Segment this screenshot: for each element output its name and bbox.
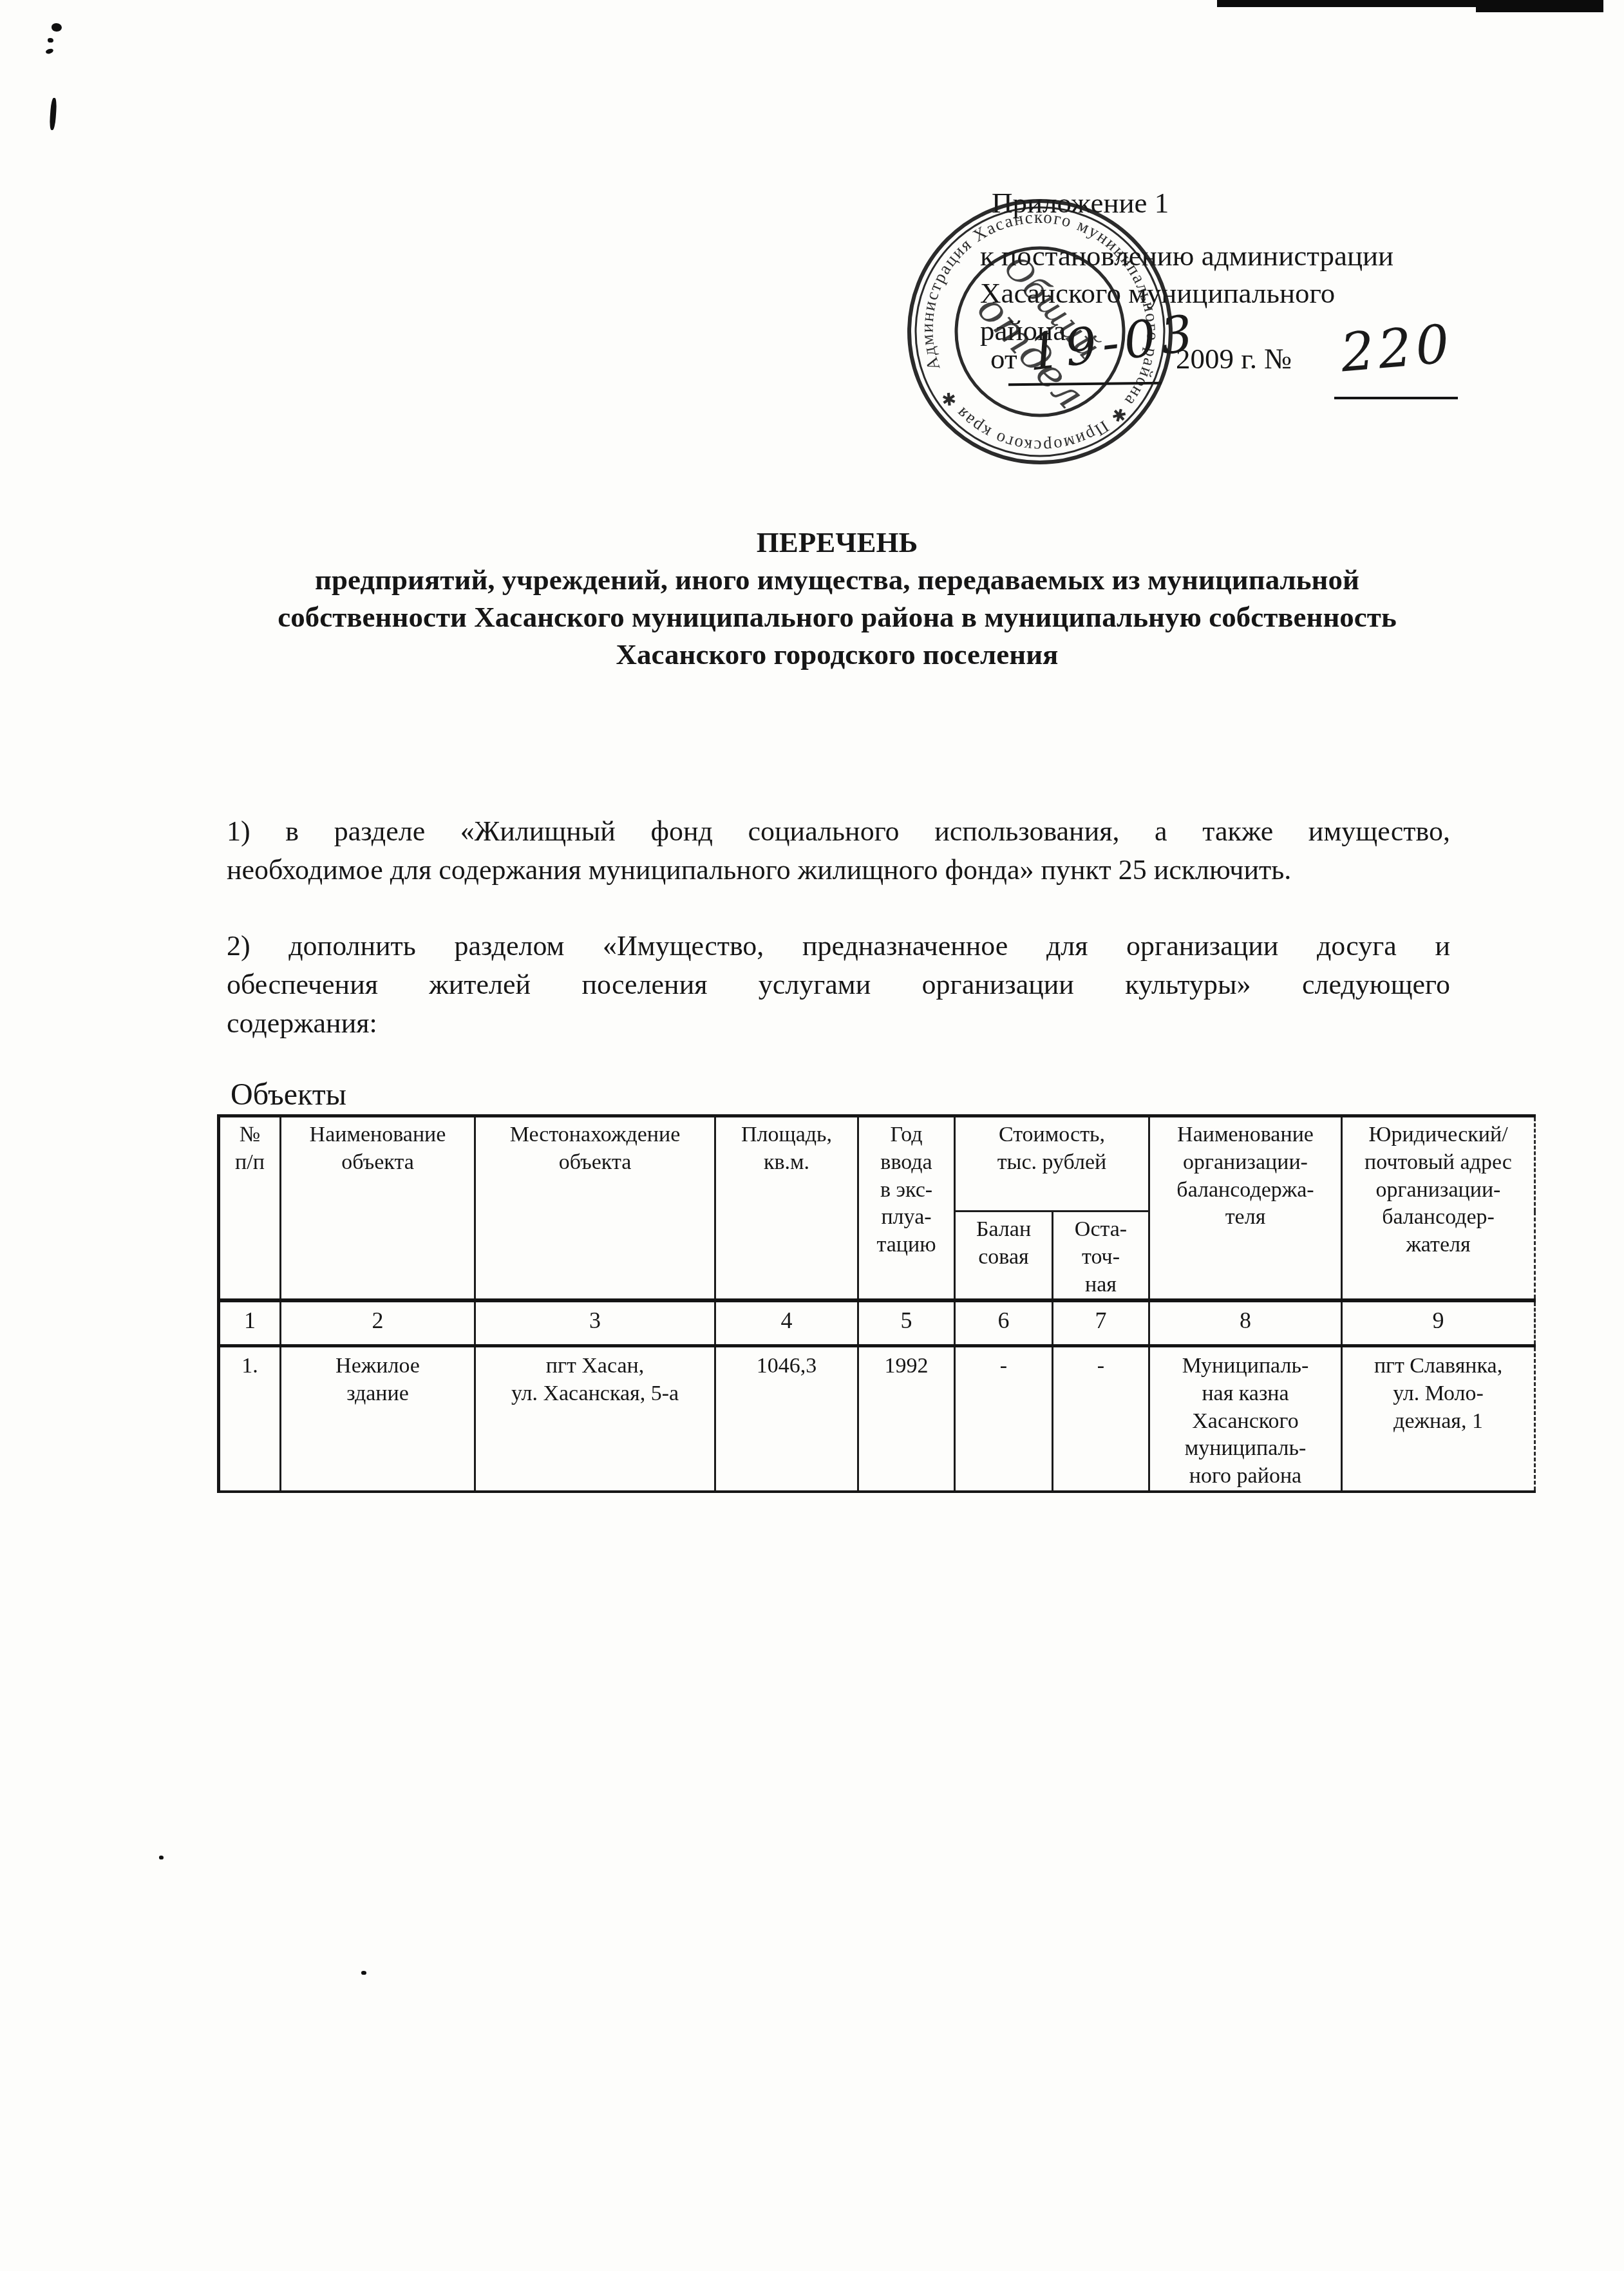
ink-speck: [45, 48, 54, 55]
header-org: Наименование организации- балансодержа- …: [1149, 1116, 1342, 1301]
cell-area: 1046,3: [715, 1345, 858, 1492]
paragraph-line: необходимое для содержания муниципальног…: [227, 851, 1450, 890]
header-address: Юридический/ почтовый адрес организации-…: [1342, 1116, 1535, 1301]
paragraph-line: содержания:: [227, 1005, 1450, 1043]
column-number: 8: [1149, 1300, 1342, 1345]
paragraph-line: обеспечения жителей поселения услугами о…: [227, 966, 1450, 1005]
number-underline: [1334, 397, 1458, 399]
cell-year: 1992: [858, 1345, 955, 1492]
cell-num: 1.: [219, 1345, 281, 1492]
header-num: № п/п: [219, 1116, 281, 1301]
column-number: 3: [475, 1300, 715, 1345]
title-line: собственности Хасанского муниципального …: [219, 598, 1455, 636]
paragraph-line: 1) в разделе «Жилищный фонд социального …: [227, 813, 1450, 851]
ink-speck: [159, 1856, 164, 1859]
header-cost-balance: Балан совая: [955, 1212, 1053, 1301]
scan-edge-line-thick: [1476, 0, 1603, 12]
column-number: 2: [281, 1300, 475, 1345]
cell-object-name: Нежилое здание: [281, 1345, 475, 1492]
header-cost-residual: Оста- точ- ная: [1053, 1212, 1149, 1301]
cell-org: Муниципаль- ная казна Хасанского муницип…: [1149, 1345, 1342, 1492]
scanned-document-page: Приложение 1 к постановлению администрац…: [0, 0, 1624, 2271]
table-section-label: Объекты: [231, 1077, 346, 1112]
official-round-stamp: Администрация Хасанского муниципального …: [898, 190, 1182, 473]
column-number: 1: [219, 1300, 281, 1345]
cell-balance-cost: -: [955, 1345, 1053, 1492]
column-number: 5: [858, 1300, 955, 1345]
paragraph-2: 2) дополнить разделом «Имущество, предна…: [227, 927, 1450, 1043]
column-number-row: 1 2 3 4 5 6 7 8 9: [219, 1300, 1535, 1345]
table-row: 1. Нежилое здание пгт Хасан, ул. Хасанск…: [219, 1345, 1535, 1492]
header-location: Местонахождение объекта: [475, 1116, 715, 1301]
cell-address: пгт Славянка, ул. Моло- дежная, 1: [1342, 1345, 1535, 1492]
ink-speck: [48, 38, 53, 43]
handwritten-document-number: 220: [1338, 314, 1455, 385]
cell-residual-cost: -: [1053, 1345, 1149, 1492]
paragraph-1: 1) в разделе «Жилищный фонд социального …: [227, 813, 1450, 890]
ink-speck: [52, 23, 62, 32]
title-line: Хасанского городского поселения: [219, 636, 1455, 673]
column-number: 9: [1342, 1300, 1535, 1345]
column-number: 6: [955, 1300, 1053, 1345]
header-object-name: Наименование объекта: [281, 1116, 475, 1301]
document-title-block: ПЕРЕЧЕНЬ предприятий, учреждений, иного …: [219, 524, 1455, 673]
cell-location: пгт Хасан, ул. Хасанская, 5-а: [475, 1345, 715, 1492]
title-line: предприятий, учреждений, иного имущества…: [219, 561, 1455, 598]
date-year-and-number-sign: 2009 г. №: [1176, 341, 1292, 376]
ink-speck: [361, 1971, 366, 1975]
header-area: Площадь, кв.м.: [715, 1116, 858, 1301]
ink-speck: [49, 98, 57, 131]
column-number: 7: [1053, 1300, 1149, 1345]
column-number: 4: [715, 1300, 858, 1345]
objects-table: № п/п Наименование объекта Местонахожден…: [217, 1114, 1536, 1493]
header-year: Год ввода в экс- плуа- тацию: [858, 1116, 955, 1301]
title-line: ПЕРЕЧЕНЬ: [219, 524, 1455, 561]
paragraph-line: 2) дополнить разделом «Имущество, предна…: [227, 927, 1450, 966]
header-cost: Стоимость, тыс. рублей: [955, 1116, 1149, 1212]
